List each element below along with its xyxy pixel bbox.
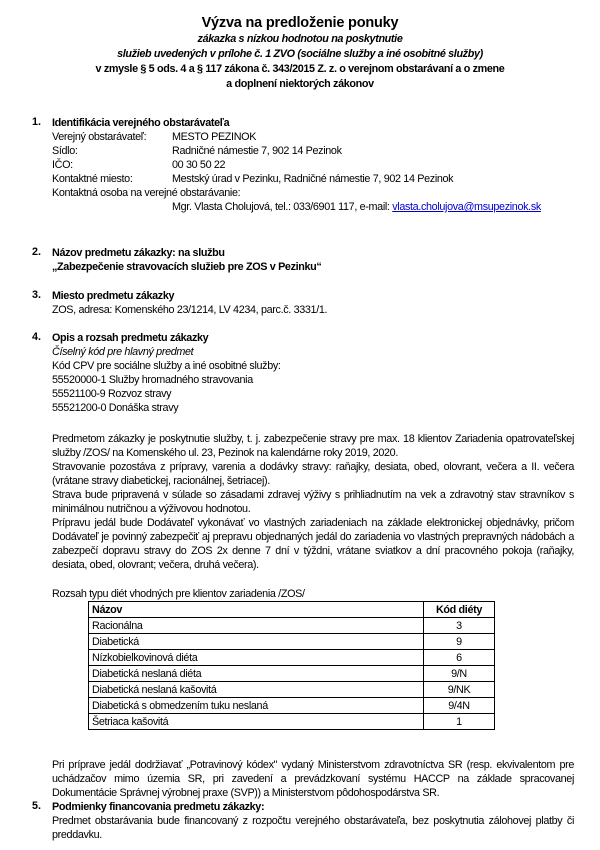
table-header-row: Názov Kód diéty [89,602,495,618]
subtitle-line: zákazka s nízkou hodnotou na poskytnutie [0,32,600,47]
section-4: 4. Opis a rozsah predmetu zákazky Číseln… [32,331,580,415]
paragraph: Stravovanie pozostáva z prípravy, vareni… [52,460,574,488]
field-value: Radničné námestie 7, 902 14 Pezinok [172,144,342,158]
email-link[interactable]: vlasta.cholujova@msupezinok.sk [392,201,541,213]
diet-code: 1 [424,714,495,730]
section-heading: Podmienky financovania predmetu zákazky: [52,800,574,814]
section-5: 5. Podmienky financovania predmetu zákaz… [32,800,580,842]
table-row: Racionálna3 [89,618,495,634]
field-row: Verejný obstarávateľ: MESTO PEZINOK [52,130,580,144]
financing-text: Predmet obstarávania bude financovaný z … [52,814,574,842]
section-3: 3. Miesto predmetu zákazky ZOS, adresa: … [32,289,580,317]
diet-code: 9 [424,634,495,650]
field-value: 00 30 50 22 [172,158,225,172]
diet-code: 6 [424,650,495,666]
table-row: Diabetická s obmedzením tuku neslaná9/4N [89,698,495,714]
table-row: Diabetická9 [89,634,495,650]
column-header-name: Názov [89,602,424,618]
document-header: Výzva na predloženie ponuky zákazka s ní… [0,14,600,92]
section-number: 1. [32,116,41,128]
table-row: Šetriaca kašovitá1 [89,714,495,730]
description-paragraphs: Predmetom zákazky je poskytnutie služby,… [52,432,574,572]
section-heading: Opis a rozsah predmetu zákazky [52,331,580,345]
field-label: Verejný obstarávateľ: [52,130,172,144]
closing-paragraph-block: Pri príprave jedál dodržiavať „Potravino… [52,758,574,800]
field-value: MESTO PEZINOK [172,130,256,144]
paragraph: Strava bude pripravená v súlade so zásad… [52,488,574,516]
subtitle-line: a doplnení niektorých zákonov [0,77,600,92]
diet-name: Šetriaca kašovitá [89,714,424,730]
paragraph: Predmetom zákazky je poskytnutie služby,… [52,432,574,460]
diet-name: Racionálna [89,618,424,634]
diet-name: Diabetická neslaná kašovitá [89,682,424,698]
table-row: Nízkobielkovinová diéta6 [89,650,495,666]
diet-name: Nízkobielkovinová diéta [89,650,424,666]
field-row: IČO: 00 30 50 22 [52,158,580,172]
section-heading: Identifikácia verejného obstarávateľa [52,116,580,130]
diet-code: 3 [424,618,495,634]
contact-text: Mgr. Vlasta Cholujová, tel.: 033/6901 11… [172,201,392,213]
subtitle-line: v zmysle § 5 ods. 4 a § 117 zákona č. 34… [0,62,600,77]
field-label: Sídlo: [52,144,172,158]
field-label: Kontaktné miesto: [52,172,172,186]
diet-table: Názov Kód diéty Racionálna3Diabetická9Ní… [88,601,495,730]
paragraph: Prípravu jedál bude Dodávateľ vykonávať … [52,516,574,572]
section-heading: Miesto predmetu zákazky [52,289,580,303]
section-1: 1. Identifikácia verejného obstarávateľa… [32,116,580,214]
paragraph: Pri príprave jedál dodržiavať „Potravino… [52,758,574,800]
section-number: 5. [32,800,41,812]
cpv-code: 55521200-0 Donáška stravy [52,401,580,415]
diet-code: 9/N [424,666,495,682]
diet-name: Diabetická s obmedzením tuku neslaná [89,698,424,714]
field-row: Kontaktné miesto: Mestský úrad v Pezinku… [52,172,580,186]
contact-label: Kontaktná osoba na verejné obstarávanie: [52,186,580,200]
cpv-code: 55521100-9 Rozvoz stravy [52,387,580,401]
table-row: Diabetická neslaná kašovitá9/NK [89,682,495,698]
location-text: ZOS, adresa: Komenského 23/1214, LV 4234… [52,303,580,317]
table-row: Diabetická neslaná diéta9/N [89,666,495,682]
section-heading: Názov predmetu zákazky: na službu [52,246,580,260]
subtitle-line: služieb uvedených v prílohe č. 1 ZVO (so… [0,47,600,62]
field-row: Sídlo: Radničné námestie 7, 902 14 Pezin… [52,144,580,158]
diet-name: Diabetická [89,634,424,650]
field-label: IČO: [52,158,172,172]
section-number: 3. [32,289,41,301]
diet-name: Diabetická neslaná diéta [89,666,424,682]
contact-line: Mgr. Vlasta Cholujová, tel.: 033/6901 11… [172,200,580,214]
document-title: Výzva na predloženie ponuky [0,14,600,32]
cpv-label: Kód CPV pre sociálne služby a iné osobit… [52,359,580,373]
column-header-code: Kód diéty [424,602,495,618]
section-number: 2. [32,246,41,258]
field-value: Mestský úrad v Pezinku, Radničné námesti… [172,172,453,186]
cpv-code: 55520000-1 Služby hromadného stravovania [52,373,580,387]
section-2: 2. Názov predmetu zákazky: na službu „Za… [32,246,580,274]
diet-code: 9/4N [424,698,495,714]
diet-code: 9/NK [424,682,495,698]
table-caption: Rozsah typu diét vhodných pre klientov z… [52,587,305,601]
section-number: 4. [32,331,41,343]
italic-label: Číselný kód pre hlavný predmet [52,345,580,359]
contract-name: „Zabezpečenie stravovacích služieb pre Z… [52,260,580,274]
